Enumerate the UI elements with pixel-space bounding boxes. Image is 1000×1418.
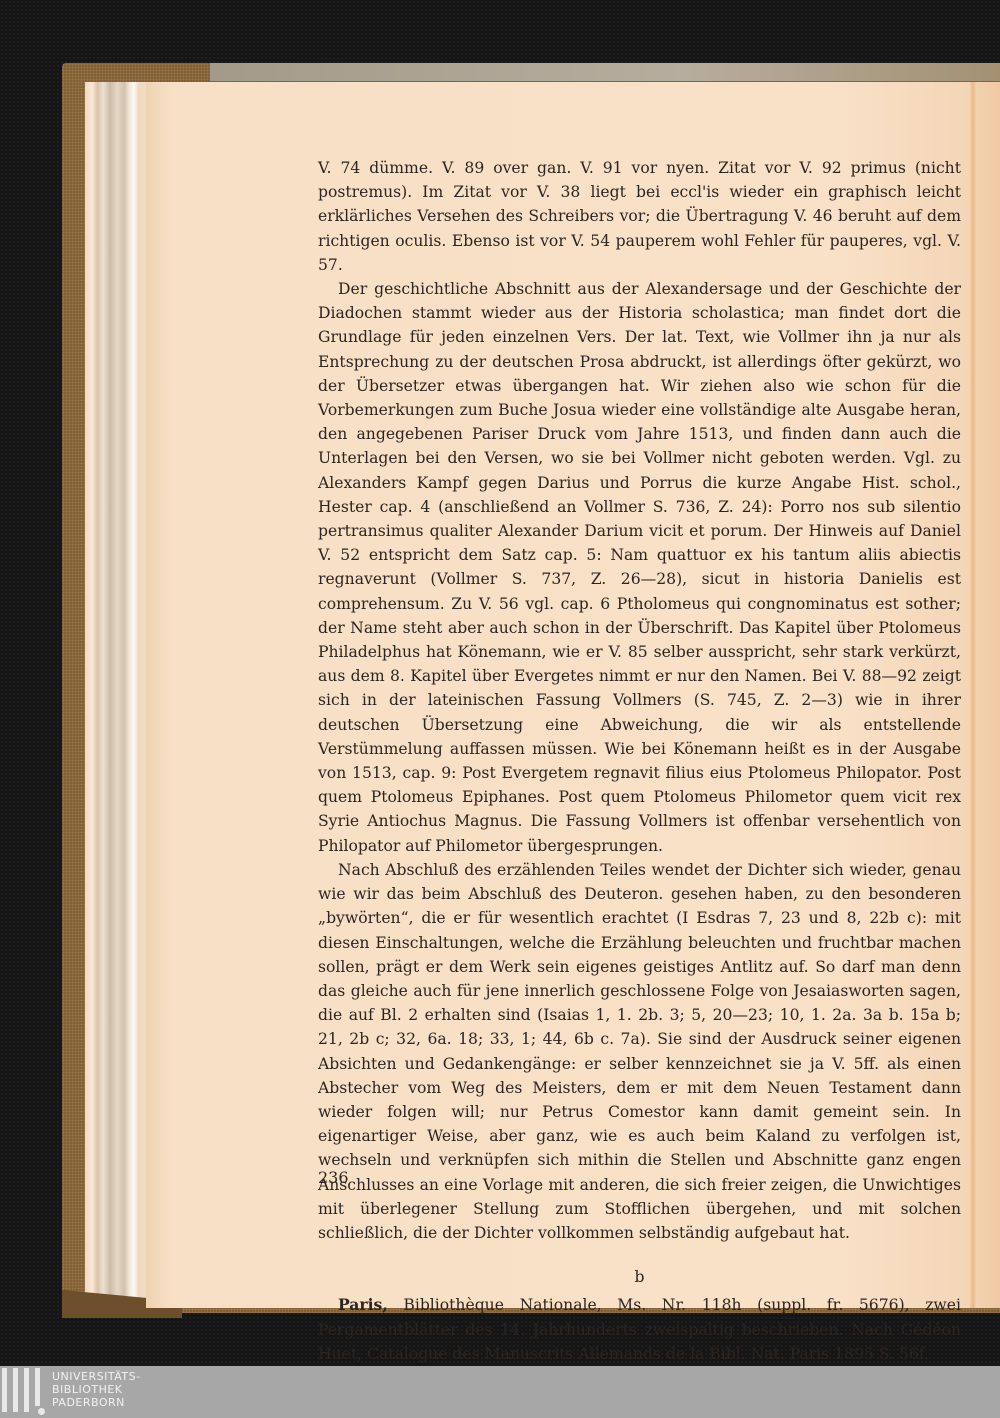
section-paragraph: Paris, Bibliothèque Nationale, Ms. Nr. 1… <box>318 1293 961 1366</box>
section-lead: Paris, <box>338 1295 388 1314</box>
section-text: Bibliothèque Nationale, Ms. Nr. 118h (su… <box>318 1296 961 1362</box>
page-body: V. 74 dümme. V. 89 over gan. V. 91 vor n… <box>318 156 961 1366</box>
logo-line-2: BIBLIOTHEK <box>52 1383 141 1396</box>
library-watermark-band <box>0 1366 1000 1418</box>
page-number: 236 <box>318 1168 349 1187</box>
library-logo-dot-icon <box>38 1408 45 1415</box>
logo-line-3: PADERBORN <box>52 1396 141 1409</box>
book-cover-top-edge <box>210 63 1000 81</box>
paragraph-3: Nach Abschluß des erzählenden Teiles wen… <box>318 858 961 1245</box>
paragraph-2: Der geschichtliche Abschnitt aus der Ale… <box>318 277 961 858</box>
section-heading: b <box>318 1265 961 1289</box>
page-stack-edges <box>85 82 155 1308</box>
page-gutter <box>970 82 976 1308</box>
paragraph-1: V. 74 dümme. V. 89 over gan. V. 91 vor n… <box>318 156 961 277</box>
library-logo-icon <box>2 1366 40 1416</box>
library-logo-text: UNIVERSITÄTS- BIBLIOTHEK PADERBORN <box>52 1370 141 1409</box>
logo-line-1: UNIVERSITÄTS- <box>52 1370 141 1383</box>
